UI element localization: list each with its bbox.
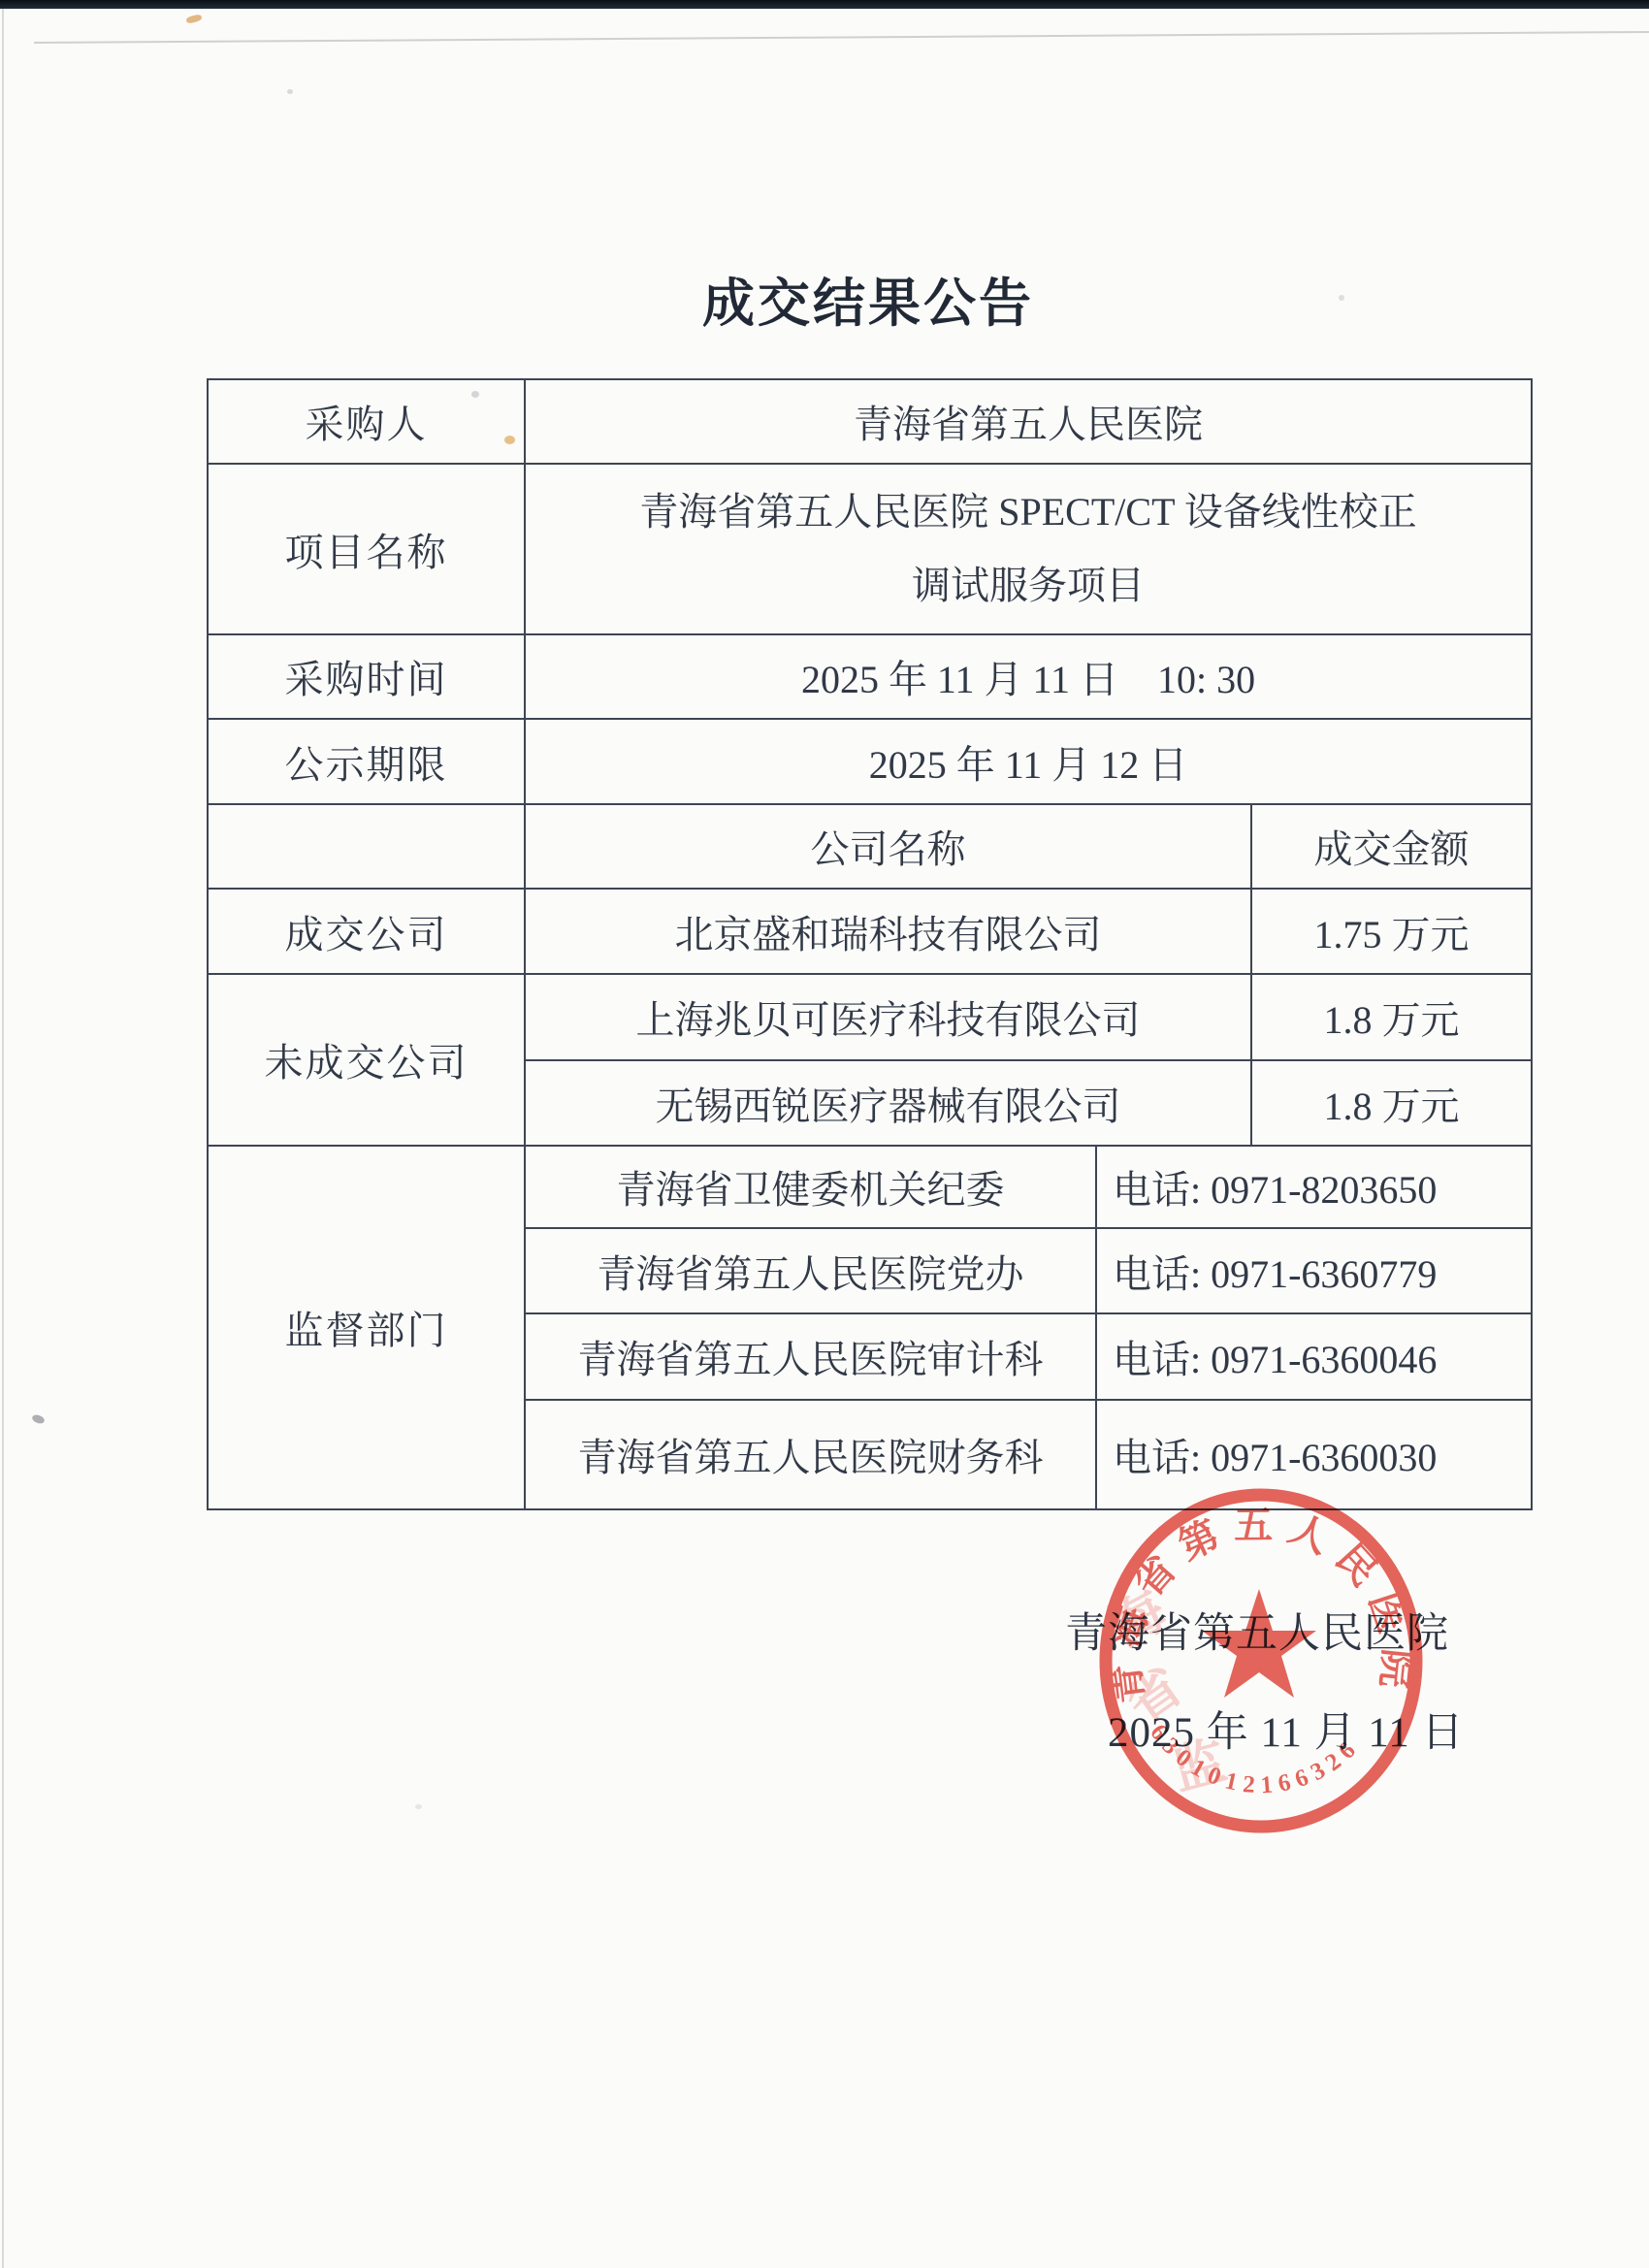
publicity-period-label: 公示期限 (208, 719, 525, 804)
table-row: 公示期限 2025 年 11 月 12 日 (208, 719, 1532, 804)
project-label: 项目名称 (208, 464, 525, 634)
scan-speck (287, 89, 293, 94)
official-seal-stamp: 青海省第五人民医院 6301012166326 海 省 监 (1077, 1467, 1445, 1855)
purchaser-value: 青海省第五人民医院 (525, 379, 1532, 464)
supervision-dept: 青海省第五人民医院财务科 (525, 1400, 1096, 1509)
supervision-phone: 电话: 0971-8203650 (1096, 1146, 1532, 1228)
star-icon (1202, 1589, 1316, 1698)
supervision-phone: 电话: 0971-6360046 (1096, 1313, 1532, 1400)
project-value-line2: 调试服务项目 (526, 549, 1531, 623)
supervision-dept: 青海省第五人民医院党办 (525, 1228, 1096, 1313)
scan-line-artifact (34, 31, 1649, 44)
purchaser-label: 采购人 (208, 379, 525, 464)
table-row: 采购人 青海省第五人民医院 (208, 379, 1532, 464)
purchase-time-value: 2025 年 11 月 11 日 10: 30 (525, 634, 1532, 719)
won-company-amount: 1.75 万元 (1251, 889, 1532, 974)
page-title: 成交结果公告 (189, 262, 1547, 337)
lost-company-amount: 1.8 万元 (1251, 1060, 1532, 1146)
publicity-period-value: 2025 年 11 月 12 日 (525, 719, 1532, 804)
table-row: 公司名称 成交金额 (208, 804, 1532, 889)
lost-company-name: 上海兆贝可医疗科技有限公司 (525, 974, 1251, 1060)
scan-speck (185, 14, 202, 24)
won-company-label: 成交公司 (208, 889, 525, 974)
lost-company-label: 未成交公司 (208, 974, 525, 1146)
project-value: 青海省第五人民医院 SPECT/CT 设备线性校正 调试服务项目 (525, 464, 1532, 634)
empty-cell (208, 804, 525, 889)
won-company-name: 北京盛和瑞科技有限公司 (525, 889, 1251, 974)
table-row: 未成交公司 上海兆贝可医疗科技有限公司 1.8 万元 (208, 974, 1532, 1060)
scan-speck (31, 1413, 46, 1425)
supervision-dept: 青海省卫健委机关纪委 (525, 1146, 1096, 1228)
scanned-document-page: 成交结果公告 采购人 青海省第五人民医院 项目名称 青海省第五人民医院 SPEC… (0, 0, 1649, 2268)
company-column-header: 公司名称 (525, 804, 1251, 889)
table-row: 采购时间 2025 年 11 月 11 日 10: 30 (208, 634, 1532, 719)
table-row: 项目名称 青海省第五人民医院 SPECT/CT 设备线性校正 调试服务项目 (208, 464, 1532, 634)
amount-column-header: 成交金额 (1251, 804, 1532, 889)
project-value-line1: 青海省第五人民医院 SPECT/CT 设备线性校正 (526, 475, 1531, 549)
table-row: 监督部门 青海省卫健委机关纪委 电话: 0971-8203650 (208, 1146, 1532, 1228)
lost-company-name: 无锡西锐医疗器械有限公司 (525, 1060, 1251, 1146)
supervision-dept: 青海省第五人民医院审计科 (525, 1313, 1096, 1400)
scan-edge-artifact-left (2, 9, 4, 2268)
scan-edge-artifact-top (0, 0, 1649, 9)
supervision-label: 监督部门 (208, 1146, 525, 1509)
supervision-phone: 电话: 0971-6360779 (1096, 1228, 1532, 1313)
project-label-text: 项目名称 (285, 531, 448, 574)
purchase-time-label: 采购时间 (208, 634, 525, 719)
lost-company-amount: 1.8 万元 (1251, 974, 1532, 1060)
result-table: 采购人 青海省第五人民医院 项目名称 青海省第五人民医院 SPECT/CT 设备… (207, 378, 1533, 1510)
table-row: 成交公司 北京盛和瑞科技有限公司 1.75 万元 (208, 889, 1532, 974)
scan-speck (415, 1804, 422, 1809)
